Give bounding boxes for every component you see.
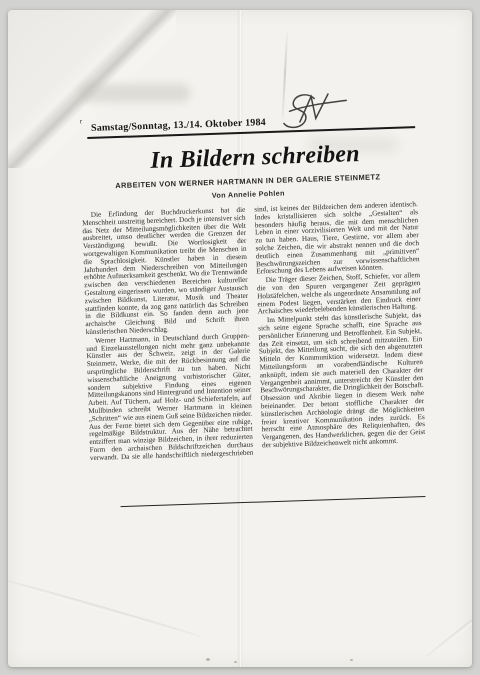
dust-speck <box>350 659 353 661</box>
dust-speck <box>234 661 237 663</box>
article-clipping: r Samstag/Sonntag, 13./14. Oktober 1984 … <box>62 90 428 531</box>
article-end-rule <box>121 496 426 507</box>
dateline: r Samstag/Sonntag, 13./14. Oktober 1984 <box>87 112 415 139</box>
article-paragraph: Die Erfindung der Buchdruckerkunst hat d… <box>82 207 250 337</box>
article-paragraph: Im Mittelpunkt steht das künstlerische S… <box>258 312 426 450</box>
fold-crease-bottom-right <box>424 601 472 660</box>
date-text: Samstag/Sonntag, 13./14. Oktober 1984 <box>91 117 266 134</box>
article-body: Die Erfindung der Buchdruckerkunst hat d… <box>66 201 426 463</box>
dust-speck <box>206 658 210 661</box>
corner-mark: r <box>80 117 83 125</box>
paper-sheet: r Samstag/Sonntag, 13./14. Oktober 1984 … <box>8 10 472 667</box>
fold-crease-bottom-left <box>8 577 202 639</box>
article-paragraph: Die Träger dieser Zeichen, Stoff, Schief… <box>257 272 422 316</box>
photo-background: { "scene": { "background_color": "#d2d2d… <box>0 0 480 675</box>
